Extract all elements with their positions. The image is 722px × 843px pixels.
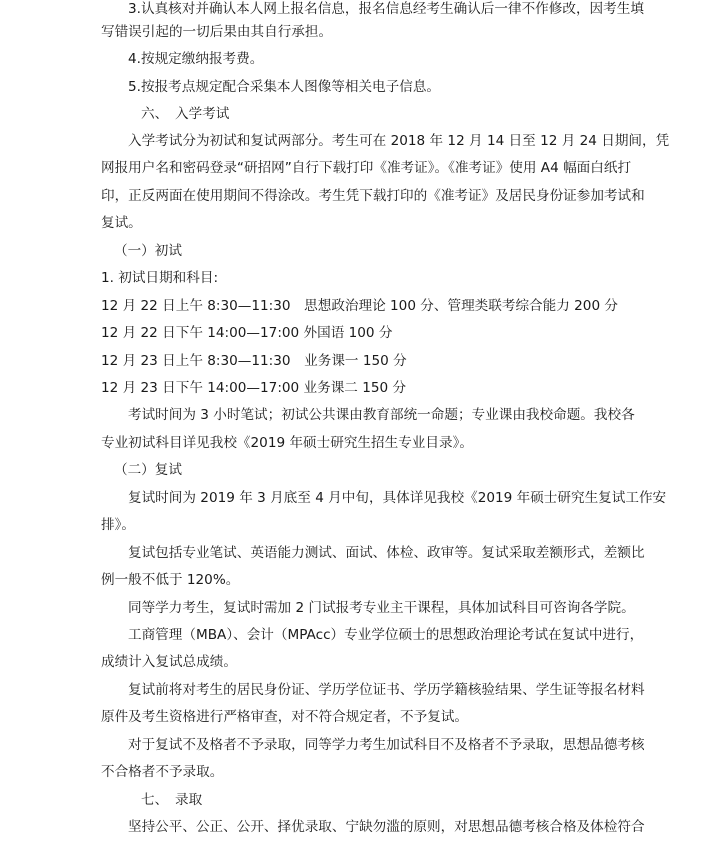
document-line: 12 月 22 日上午 8:30—11:30 思想政治理论 100 分、管理类联…: [101, 293, 618, 320]
document-line: 复试包括专业笔试、英语能力测试、面试、体检、政审等。复试采取差额形式，差额比: [128, 540, 645, 567]
document-line: （一）初试: [114, 238, 182, 265]
document-line: 1. 初试日期和科目:: [101, 265, 218, 292]
document-line: 网报用户名和密码登录“研招网”自行下载打印《准考证》。《准考证》使用 A4 幅面…: [101, 155, 631, 182]
document-line: 七、 录取: [141, 787, 202, 814]
document-line: 复试前将对考生的居民身份证、学历学位证书、学历学籍核验结果、学生证等报名材料: [128, 677, 645, 704]
document-line: 入学考试分为初试和复试两部分。考生可在 2018 年 12 月 14 日至 12…: [128, 128, 669, 155]
document-line: 4.按规定缴纳报考费。: [128, 46, 263, 73]
document-line: 写错误引起的一切后果由其自行承担。: [101, 19, 332, 46]
document-line: 对于复试不及格者不予录取，同等学力考生加试科目不及格者不予录取，思想品德考核: [128, 732, 645, 759]
document-line: 排》。: [101, 512, 135, 539]
document-line: 专业初试科目详见我校《2019 年硕士研究生招生专业目录》。: [101, 430, 473, 457]
document-line: 原件及考生资格进行严格审查，对不符合规定者，不予复试。: [101, 704, 468, 731]
document-line: 六、 入学考试: [141, 101, 229, 128]
document-line: 坚持公平、公正、公开、择优录取、宁缺勿滥的原则，对思想品德考核合格及体检符合: [128, 814, 645, 841]
document-line: 复试时间为 2019 年 3 月底至 4 月中旬，具体详见我校《2019 年硕士…: [128, 485, 666, 512]
document-line: 印，正反两面在使用期间不得涂改。考生凭下载打印的《准考证》及居民身份证参加考试和: [101, 183, 645, 210]
document-line: 工商管理（MBA）、会计（MPAcc）专业学位硕士的思想政治理论考试在复试中进行…: [128, 622, 643, 649]
document-line: 12 月 23 日下午 14:00—17:00 业务课二 150 分: [101, 375, 406, 402]
document-line: 同等学力考生，复试时需加 2 门试报考专业主干课程，具体加试科目可咨询各学院。: [128, 595, 635, 622]
document-line: 例一般不低于 120%。: [101, 567, 239, 594]
document-line: 5.按报考点规定配合采集本人图像等相关电子信息。: [128, 74, 440, 101]
document-line: 考试时间为 3 小时笔试；初试公共课由教育部统一命题；专业课由我校命题。我校各: [128, 402, 635, 429]
document-line: 12 月 22 日下午 14:00—17:00 外国语 100 分: [101, 320, 392, 347]
document-line: （二）复试: [114, 457, 182, 484]
document-line: 不合格者不予录取。: [101, 759, 223, 786]
document-line: 12 月 23 日上午 8:30—11:30 业务课一 150 分: [101, 348, 407, 375]
document-line: 成绩计入复试总成绩。: [101, 649, 237, 676]
document-line: 复试。: [101, 210, 142, 237]
